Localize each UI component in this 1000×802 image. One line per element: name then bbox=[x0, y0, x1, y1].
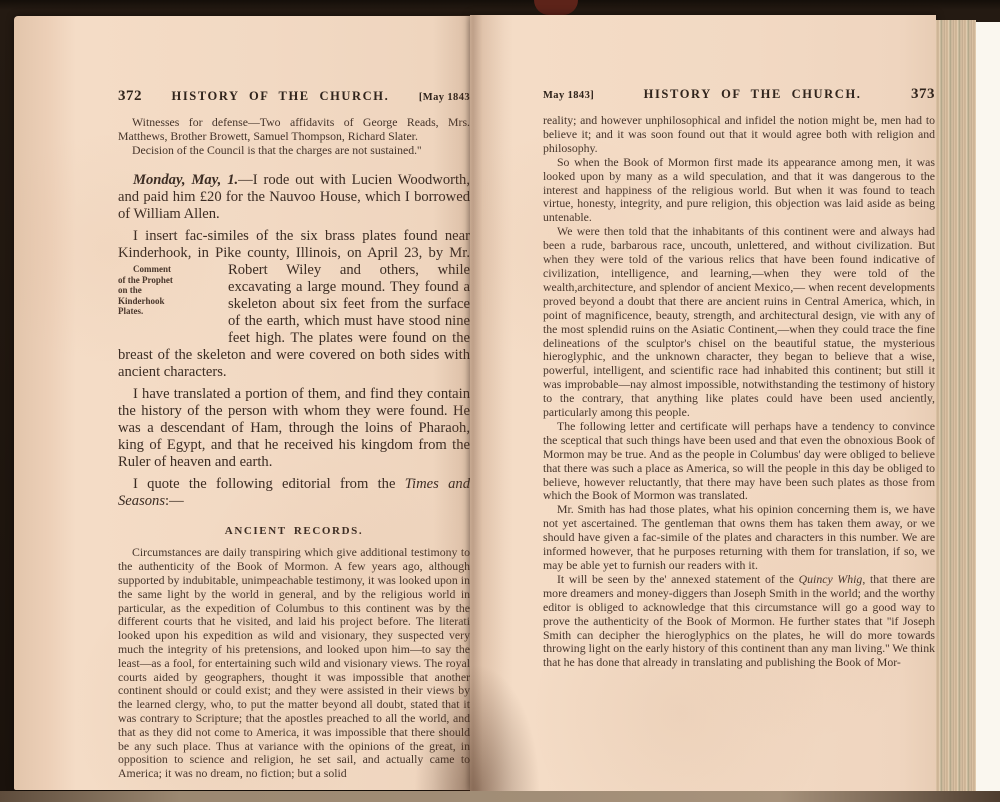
editorial-block: Circumstances are daily transpiring whic… bbox=[118, 546, 470, 781]
journal-entry-block: Monday, May, 1.—I rode out with Lucien W… bbox=[118, 172, 470, 510]
right-running-title: HISTORY OF THE CHURCH. bbox=[644, 87, 862, 102]
right-page-number: 373 bbox=[911, 86, 935, 103]
decision-paragraph: Decision of the Council is that the char… bbox=[118, 144, 470, 158]
margin-note-kinderhook: Comment of the Prophet on the Kinderhook… bbox=[118, 262, 180, 332]
quincy-post: , that there are more dreamers and money… bbox=[543, 572, 935, 669]
facsimile-paragraph: Comment of the Prophet on the Kinderhook… bbox=[118, 228, 470, 381]
left-page-header: 372 HISTORY OF THE CHURCH. [May 1843 bbox=[118, 88, 470, 105]
right-page-header: May 1843] HISTORY OF THE CHURCH. 373 bbox=[543, 86, 935, 103]
entry-paragraph: Monday, May, 1.—I rode out with Lucien W… bbox=[118, 172, 470, 223]
speculation-paragraph: So when the Book of Mormon first made it… bbox=[543, 156, 935, 226]
quote-lead-paragraph: I quote the following editorial from the… bbox=[118, 476, 470, 510]
page-fore-edge bbox=[936, 20, 976, 794]
mr-smith-paragraph: Mr. Smith has had those plates, what his… bbox=[543, 503, 935, 573]
right-page-content: May 1843] HISTORY OF THE CHURCH. 373 rea… bbox=[543, 86, 935, 670]
court-minutes-block: Witnesses for defense—Two affidavits of … bbox=[118, 116, 470, 157]
editorial-paragraph: Circumstances are daily transpiring whic… bbox=[118, 546, 470, 781]
inhabitants-paragraph: We were then told that the inhabitants o… bbox=[543, 225, 935, 420]
right-date-marker: May 1843] bbox=[543, 90, 594, 101]
reality-paragraph: reality; and however unphilosophical and… bbox=[543, 114, 935, 156]
left-page-number: 372 bbox=[118, 88, 142, 105]
quote-lead-post: :— bbox=[165, 493, 184, 509]
editorial-continuation-block: reality; and however unphilosophical and… bbox=[543, 114, 935, 670]
letter-certificate-paragraph: The following letter and certificate wil… bbox=[543, 420, 935, 503]
left-date-marker: [May 1843 bbox=[419, 92, 470, 103]
translation-paragraph: I have translated a portion of them, and… bbox=[118, 386, 470, 471]
entry-date-lead: Monday, May, 1. bbox=[133, 172, 238, 188]
quincy-whig-paragraph: It will be seen by the' annexed statemen… bbox=[543, 573, 935, 670]
ancient-records-heading: ANCIENT RECORDS. bbox=[118, 525, 470, 537]
left-running-title: HISTORY OF THE CHURCH. bbox=[172, 89, 390, 104]
quincy-pre: It will be seen by the' annexed statemen… bbox=[557, 572, 799, 586]
quote-lead-pre: I quote the following editorial from the bbox=[133, 476, 405, 492]
witnesses-paragraph: Witnesses for defense—Two affidavits of … bbox=[118, 116, 470, 144]
quincy-whig-italic: Quincy Whig bbox=[799, 572, 863, 586]
book-scan: 372 HISTORY OF THE CHURCH. [May 1843 Wit… bbox=[0, 0, 1000, 802]
fore-edge-white-strip bbox=[976, 22, 1000, 802]
book-spine-top bbox=[534, 0, 578, 15]
page-right: May 1843] HISTORY OF THE CHURCH. 373 rea… bbox=[470, 15, 936, 791]
scan-bottom-edge bbox=[0, 791, 1000, 802]
page-left: 372 HISTORY OF THE CHURCH. [May 1843 Wit… bbox=[14, 16, 470, 790]
left-page-content: 372 HISTORY OF THE CHURCH. [May 1843 Wit… bbox=[118, 88, 470, 781]
